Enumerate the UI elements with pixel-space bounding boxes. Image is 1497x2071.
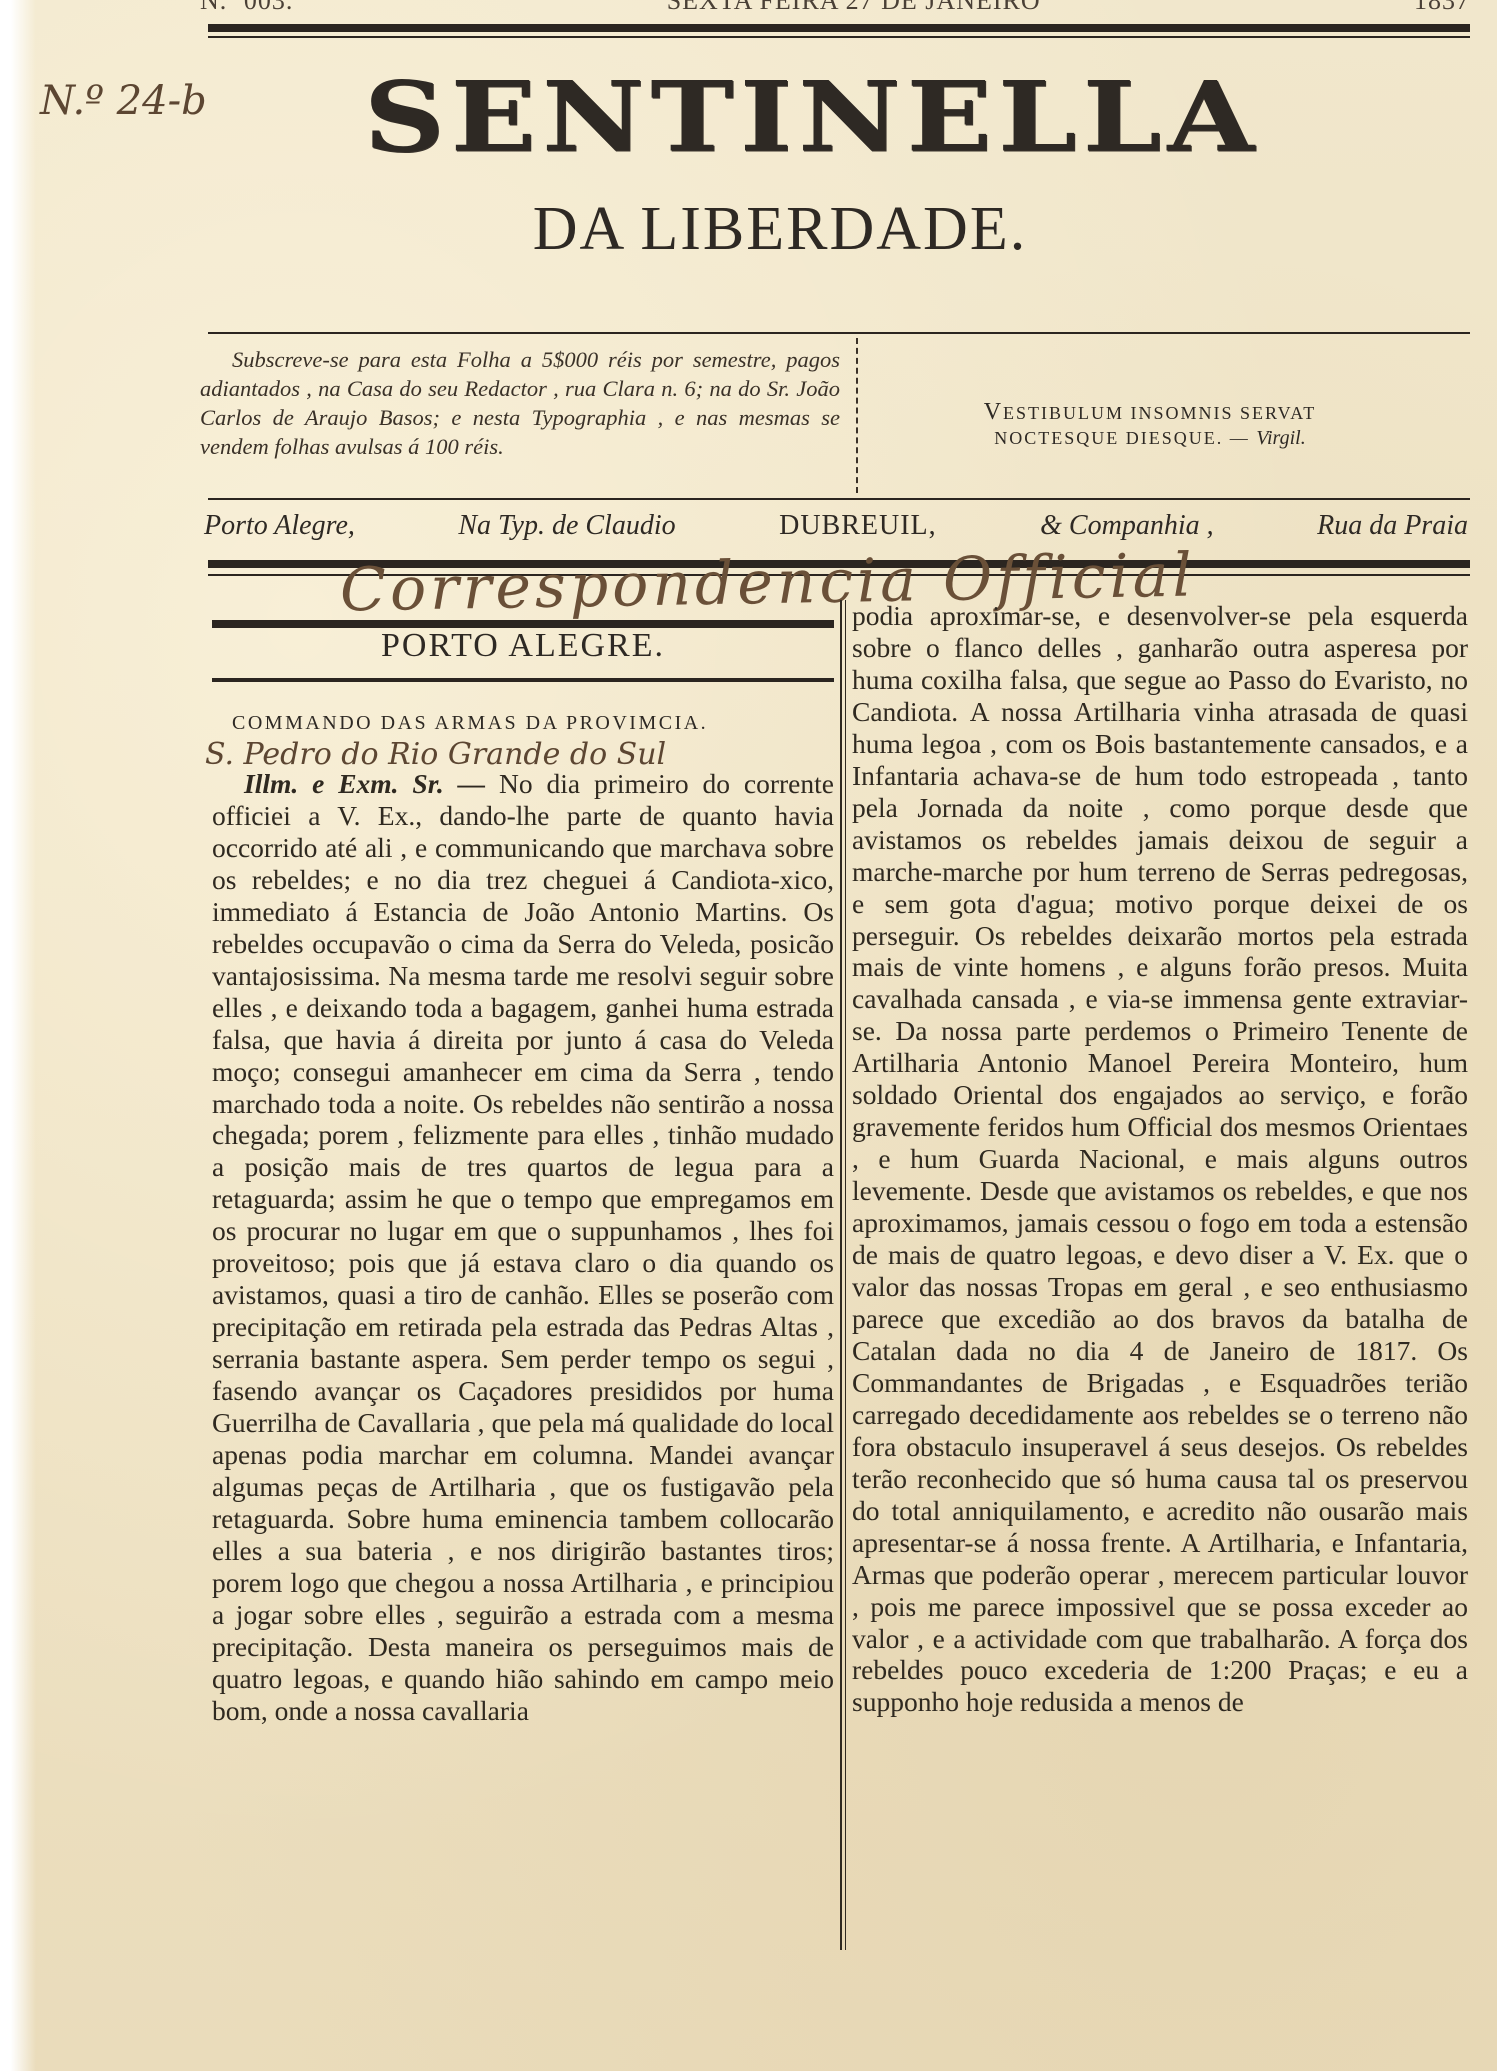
issue-year: 1837 xyxy=(1414,0,1470,16)
subscription-notice: Subscreve-se para esta Folha a 5$000 réi… xyxy=(200,345,840,461)
imprint-company: & Companhia , xyxy=(1040,510,1213,542)
top-rule-thin xyxy=(208,36,1470,38)
top-rule-thick xyxy=(208,24,1470,32)
masthead-rule xyxy=(208,332,1470,334)
imprint-printer: DUBREUIL, xyxy=(779,510,937,542)
issue-number: N.º 003. xyxy=(200,0,293,16)
subscription-divider xyxy=(856,338,862,493)
article-right-column: podia aproximar-se, e desenvolver-se pel… xyxy=(852,600,1468,1718)
article-body-right: podia aproximar-se, e desenvolver-se pel… xyxy=(852,600,1468,1718)
motto: VESTIBULUM INSOMNIS SERVAT NOCTESQUE DIE… xyxy=(940,400,1360,451)
section-rule-bottom xyxy=(212,678,834,682)
command-title: COMMANDO DAS ARMAS DA PROVIMCIA. xyxy=(232,712,792,735)
imprint-typ: Na Typ. de Claudio xyxy=(458,510,675,542)
masthead-subtitle: DA LIBERDADE. xyxy=(380,198,1180,260)
issue-date: SEXTA FEIRA 27 DE JANEIRO xyxy=(667,0,1041,16)
salutation: Illm. e Exm. Sr. — xyxy=(244,768,485,799)
imprint-street: Rua da Praia xyxy=(1317,510,1468,542)
motto-author: Virgil. xyxy=(1256,427,1305,449)
archive-number-annotation: N.º 24-b xyxy=(40,78,207,124)
article-left-column: Illm. e Exm. Sr. — No dia primeiro do co… xyxy=(212,768,834,1727)
province-annotation: S. Pedro do Rio Grande do Sul xyxy=(205,737,666,772)
motto-line-2: NOCTESQUE DIESQUE. — Virgil. xyxy=(940,426,1360,451)
article-body-left: Illm. e Exm. Sr. — No dia primeiro do co… xyxy=(212,768,834,1727)
column-divider xyxy=(840,600,846,1950)
imprint-rule-top xyxy=(208,498,1470,500)
masthead-title: SENTINELLA xyxy=(292,70,1332,166)
newspaper-page: N.º 003. SEXTA FEIRA 27 DE JANEIRO 1837 … xyxy=(0,0,1497,2071)
torn-edge xyxy=(0,0,36,2071)
imprint-line: Porto Alegre, Na Typ. de Claudio DUBREUI… xyxy=(204,510,1468,542)
section-title: PORTO ALEGRE. xyxy=(212,627,834,665)
motto-line-1: VESTIBULUM INSOMNIS SERVAT xyxy=(940,400,1360,426)
imprint-city: Porto Alegre, xyxy=(204,510,355,542)
